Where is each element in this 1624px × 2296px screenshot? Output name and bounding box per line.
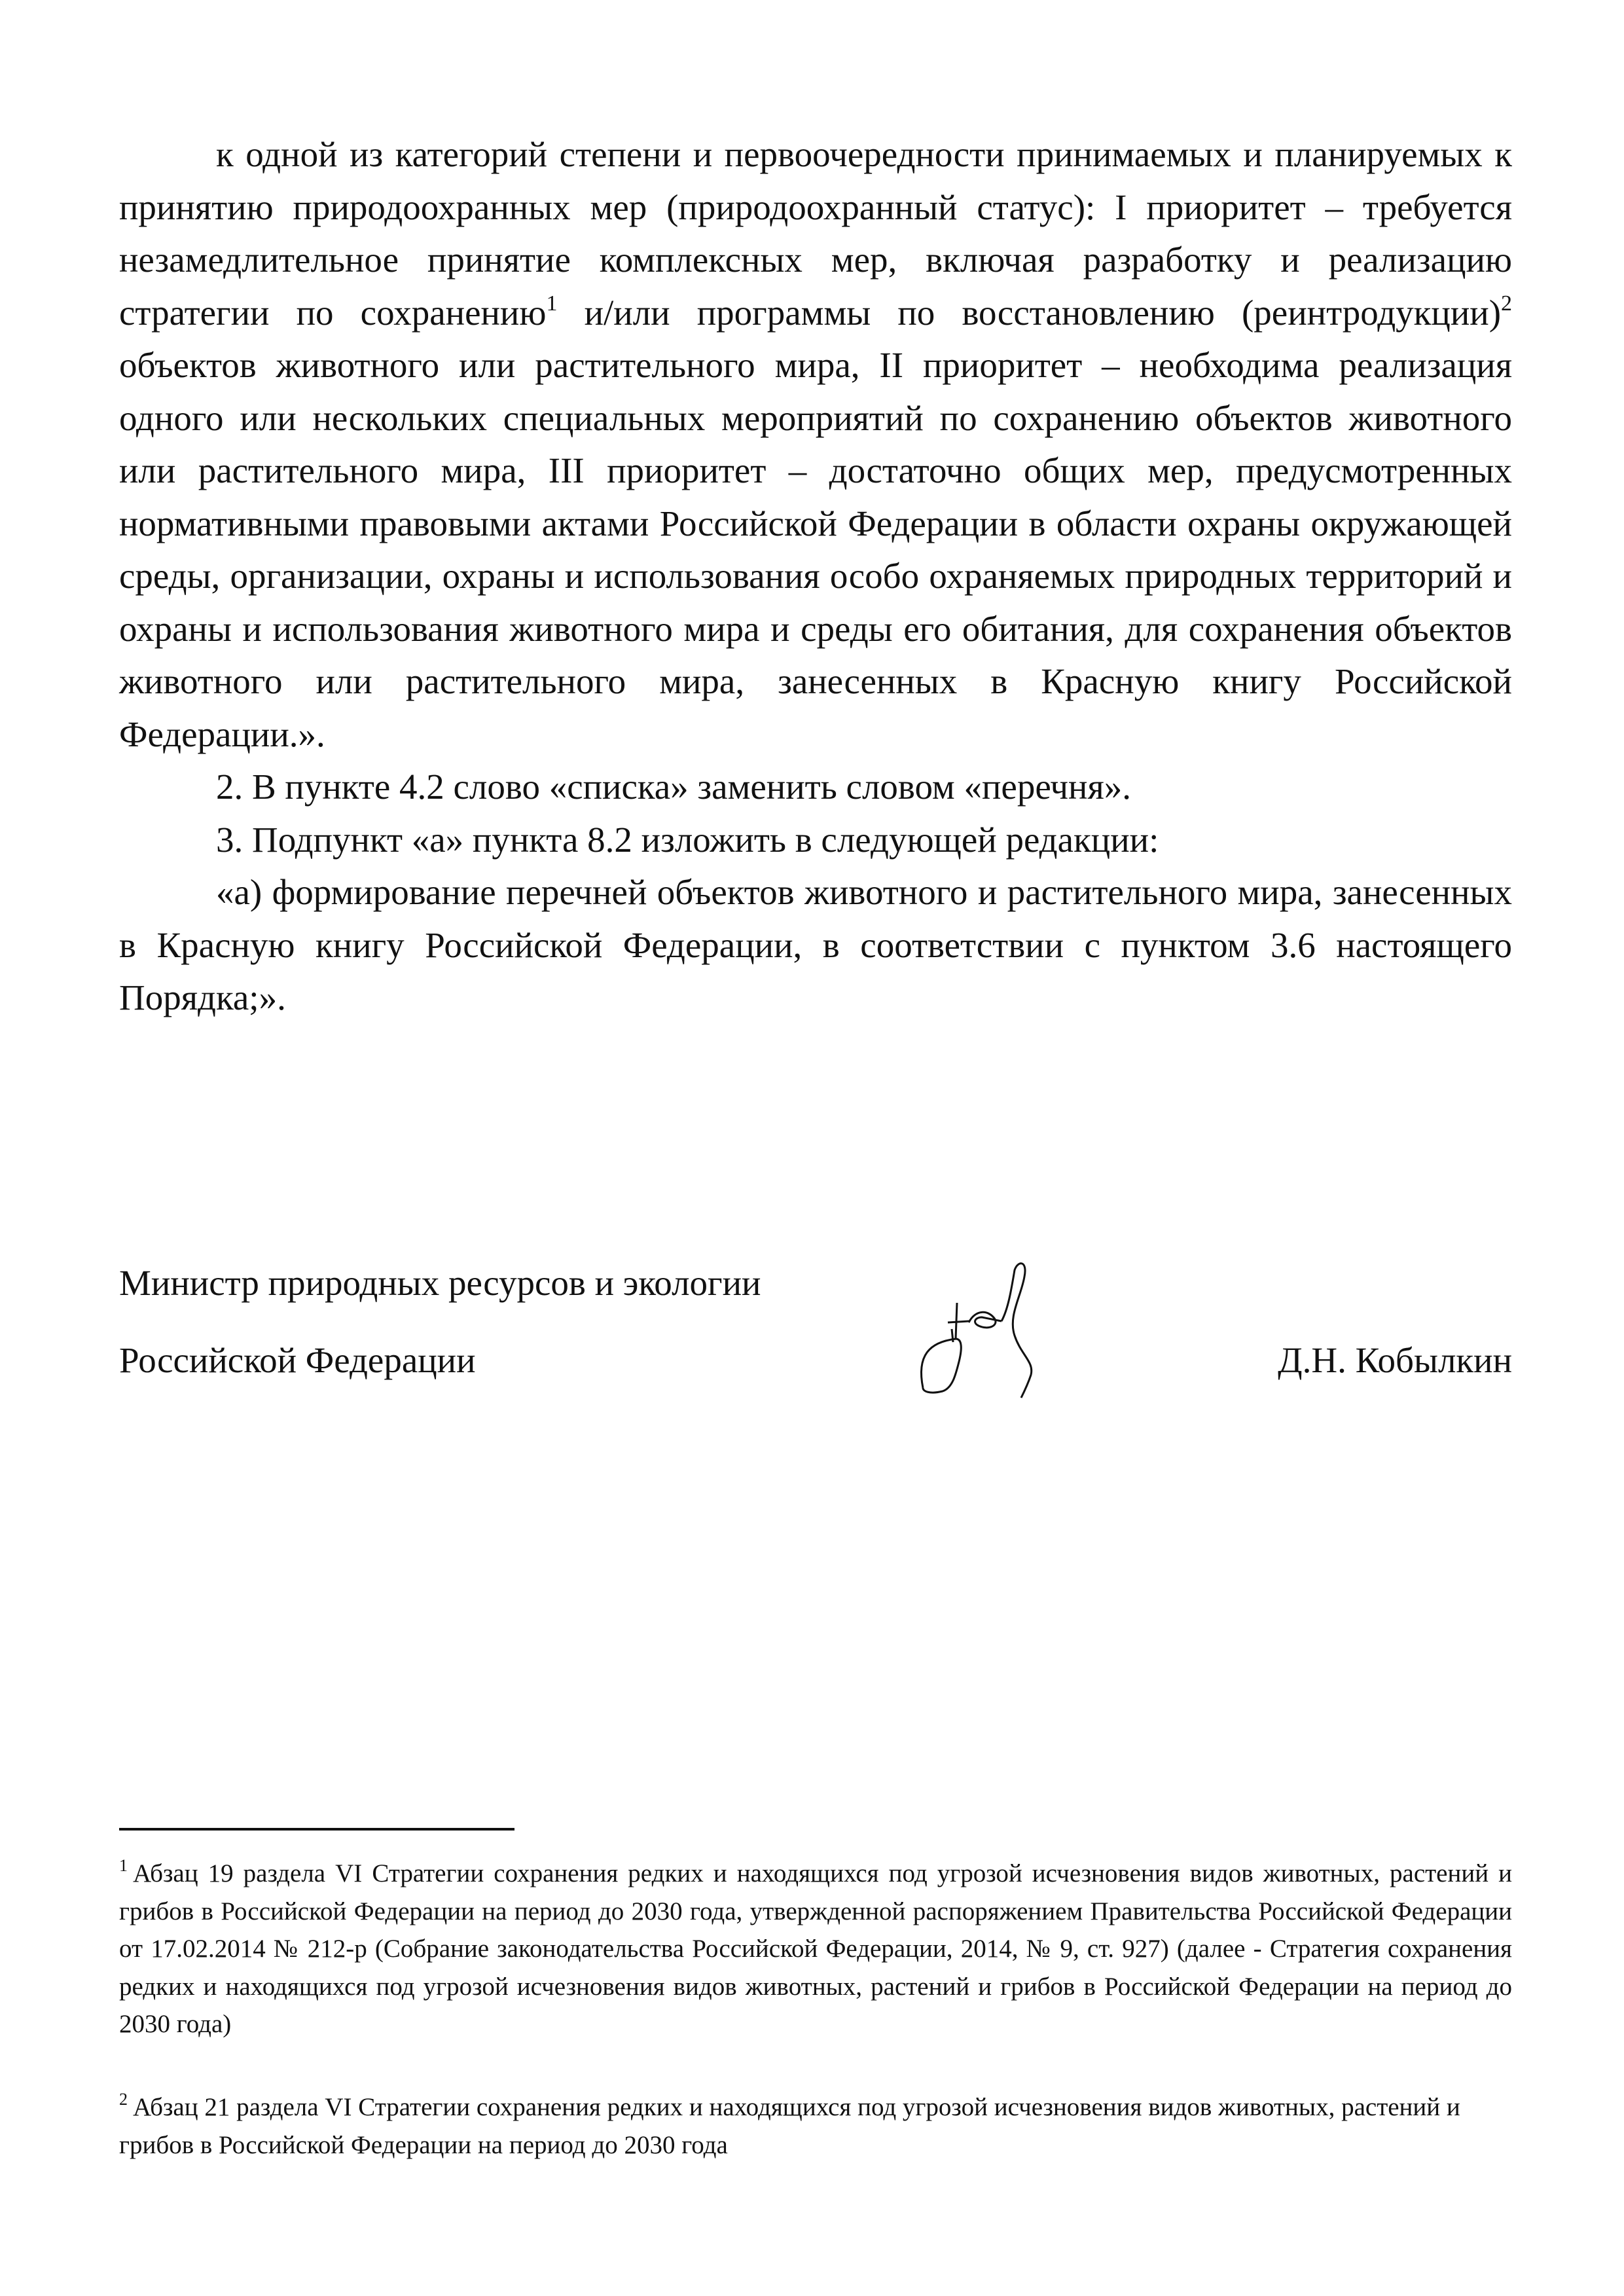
footnote-text: Абзац 19 раздела VI Стратегии сохранения… [119,1859,1512,2038]
footnote-ref-2: 2 [1501,291,1512,316]
footnote-mark: 1 [119,1856,128,1875]
signatory-title-line-2: Российской Федерации [119,1334,476,1387]
body-text-rest: II приоритет – необходима реализация одн… [119,345,1512,754]
paragraph-amendment-3: 3. Подпункт «а» пункта 8.2 изложить в сл… [119,814,1512,867]
document-page: к одной из категорий степени и первоочер… [0,0,1624,2296]
signature-block: Министр природных ресурсов и экологии Ро… [119,1257,1512,1427]
paragraph-amendment-2: 2. В пункте 4.2 слово «списка» заменить … [119,761,1512,814]
body-line: по восстановлению (реинтродукции) [897,293,1501,333]
body-line: и/или программы [557,293,871,333]
footnote-separator [119,1828,514,1831]
signatory-name: Д.Н. Кобылкин [1278,1334,1512,1387]
document-body: к одной из категорий степени и первоочер… [119,128,1512,1025]
signatory-title-line-1: Министр природных ресурсов и экологии [119,1257,761,1310]
body-line: объектов животного или растительного мир… [119,345,860,385]
paragraph-priority-categories: к одной из категорий степени и первоочер… [119,128,1512,761]
handwritten-signature-icon [916,1257,1047,1401]
paragraph-subpoint-a: «а) формирование перечней объектов живот… [119,866,1512,1025]
body-line: к одной из категорий степени и первоочер… [216,134,1231,174]
footnote-mark: 2 [119,2090,128,2109]
footnote-ref-1: 1 [546,291,557,316]
footnote-1: 1Абзац 19 раздела VI Стратегии сохранени… [119,1855,1512,2043]
footnote-2: 2Абзац 21 раздела VI Стратегии сохранени… [119,2088,1461,2164]
footnote-text: Абзац 21 раздела VI Стратегии сохранения… [119,2093,1460,2159]
